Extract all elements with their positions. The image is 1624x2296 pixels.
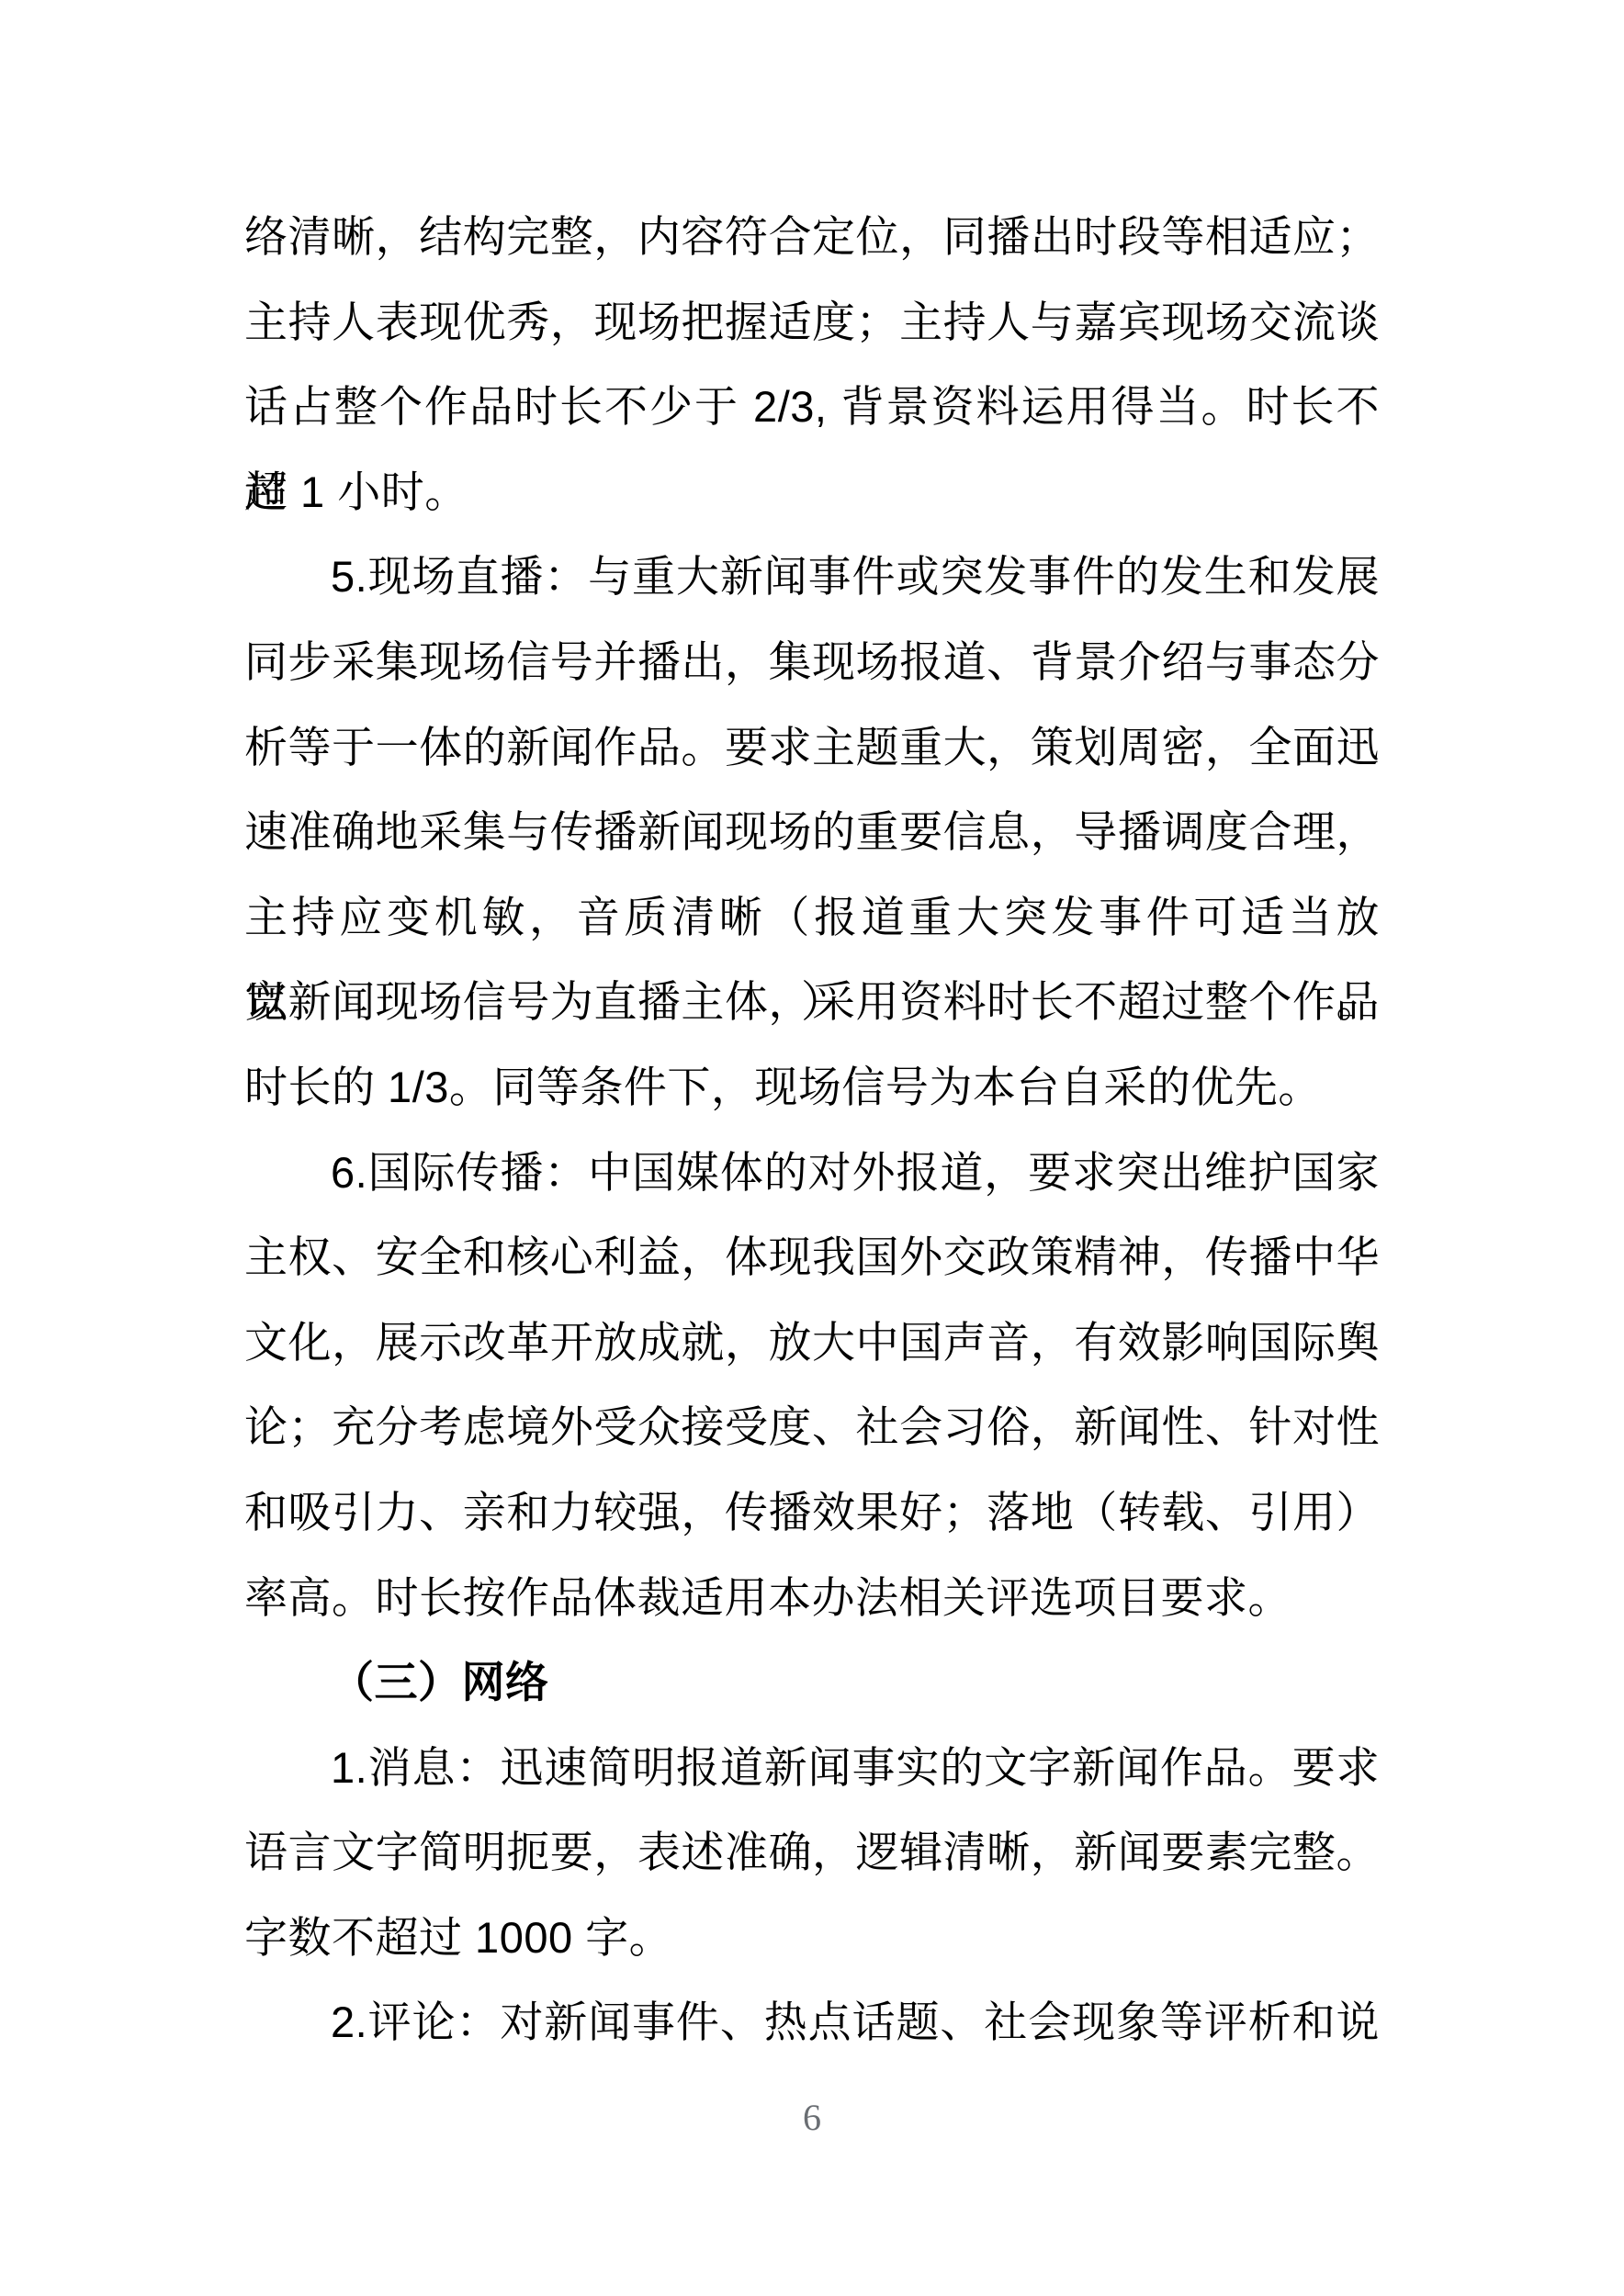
text-line: 2.评论：对新闻事件、热点话题、社会现象等评析和说 — [244, 1980, 1380, 2065]
text-line: 主持应变机敏，音质清晰（报道重大突发事件可适当放宽）。 — [244, 875, 1380, 961]
text-line: 6.国际传播：中国媒体的对外报道，要求突出维护国家 — [244, 1131, 1380, 1216]
text-line: 同步采集现场信号并播出，集现场报道、背景介绍与事态分 — [244, 620, 1380, 705]
section-heading: （三）网络 — [244, 1640, 1380, 1726]
text-line: 以新闻现场信号为直播主体，采用资料时长不超过整个作品 — [244, 960, 1380, 1045]
document-body: 络清晰，结构完整，内容符合定位，同播出时段等相适应； 主持人表现优秀，现场把握适… — [244, 195, 1380, 2065]
text-line: 析等于一体的新闻作品。要求主题重大，策划周密，全面迅 — [244, 705, 1380, 791]
text-line: 主权、安全和核心利益，体现我国外交政策精神，传播中华 — [244, 1215, 1380, 1300]
text-line: 速准确地采集与传播新闻现场的重要信息，导播调度合理， — [244, 790, 1380, 875]
page-number: 6 — [0, 2096, 1624, 2139]
text-line: 1.消息：迅速简明报道新闻事实的文字新闻作品。要求 — [244, 1726, 1380, 1811]
text-line: 字数不超过 1000 字。 — [244, 1896, 1380, 1981]
text-line: 络清晰，结构完整，内容符合定位，同播出时段等相适应； — [244, 195, 1380, 280]
text-line: 话占整个作品时长不少于 2/3, 背景资料运用得当。时长不超 — [244, 365, 1380, 450]
document-page: { "doc": { "lines": [ "络清晰，结构完整，内容符合定位，同… — [0, 0, 1624, 2296]
text-line: 5.现场直播：与重大新闻事件或突发事件的发生和发展 — [244, 535, 1380, 620]
text-line: 和吸引力、亲和力较强，传播效果好；落地（转载、引用） — [244, 1470, 1380, 1556]
text-line: 主持人表现优秀，现场把握适度；主持人与嘉宾现场交流谈 — [244, 280, 1380, 366]
text-line: 语言文字简明扼要，表述准确，逻辑清晰，新闻要素完整。 — [244, 1810, 1380, 1896]
text-line: 过 1 小时。 — [244, 450, 1380, 535]
text-line: 论；充分考虑境外受众接受度、社会习俗，新闻性、针对性 — [244, 1385, 1380, 1470]
text-line: 文化，展示改革开放成就，放大中国声音，有效影响国际舆 — [244, 1300, 1380, 1386]
text-line: 时长的 1/3。同等条件下，现场信号为本台自采的优先。 — [244, 1045, 1380, 1131]
text-line: 率高。时长按作品体裁适用本办法相关评选项目要求。 — [244, 1556, 1380, 1641]
